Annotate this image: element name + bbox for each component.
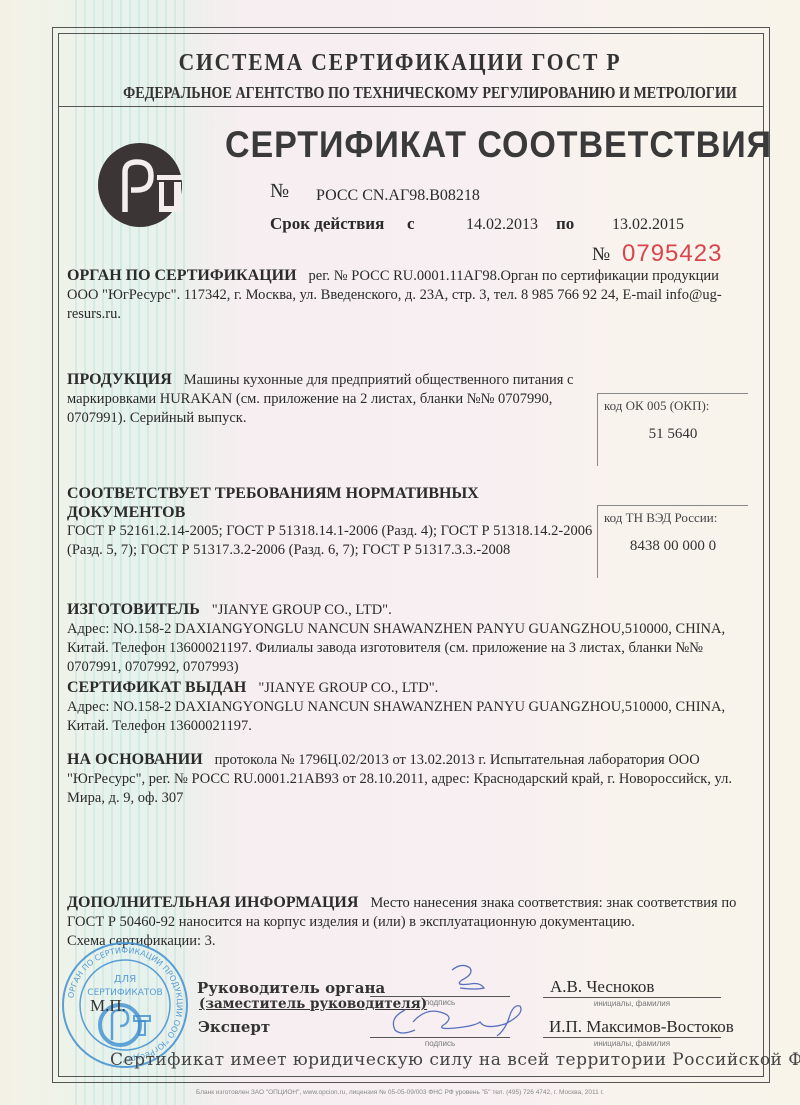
compliance-text: ГОСТ Р 52161.2.14-2005; ГОСТ Р 51318.14.… — [67, 522, 597, 560]
compliance-heading: СООТВЕТСТВУЕТ ТРЕБОВАНИЯМ НОРМАТИВНЫХ ДО… — [67, 484, 585, 522]
issued-to-section: СЕРТИФИКАТ ВЫДАН"JIANYE GROUP CO., LTD".… — [67, 678, 747, 736]
okp-code-box: код ОК 005 (ОКП): 51 5640 — [597, 393, 748, 466]
certificate-number: РОСС CN.АГ98.В08218 — [316, 187, 480, 205]
basis-section: НА ОСНОВАНИИпротокола № 1796Ц.02/2013 от… — [67, 750, 747, 808]
header-divider — [58, 106, 764, 107]
validity-from-label: с — [407, 214, 415, 234]
expert-signature — [385, 1000, 535, 1040]
tnved-code-value: 8438 00 000 0 — [598, 538, 748, 555]
expert-name-caption: инициалы, фамилия — [543, 1039, 721, 1048]
compliance-section: СООТВЕТСТВУЕТ ТРЕБОВАНИЯМ НОРМАТИВНЫХ ДО… — [67, 484, 597, 560]
head-name-caption: инициалы, фамилия — [543, 999, 721, 1008]
number-label: № — [270, 180, 289, 203]
valid-to-date: 13.02.2015 — [612, 216, 684, 234]
issued-to-heading: СЕРТИФИКАТ ВЫДАН — [67, 679, 246, 696]
rst-logo-icon — [95, 140, 185, 230]
validity-label: Срок действия — [270, 214, 384, 234]
certification-body-heading: ОРГАН ПО СЕРТИФИКАЦИИ — [67, 267, 297, 284]
document-title: СЕРТИФИКАТ СООТВЕТСТВИЯ — [225, 124, 772, 166]
expert-label: Эксперт — [198, 1018, 270, 1036]
expert-signature-caption: подпись — [370, 1039, 510, 1048]
stamp-line1: ДЛЯ — [114, 974, 136, 985]
issued-to-name: "JIANYE GROUP CO., LTD". — [258, 680, 438, 696]
head-name-line — [543, 997, 721, 998]
seal-label: М.П. — [90, 996, 126, 1016]
issued-to-text: Адрес: NO.158-2 DAXIANGYONGLU NANCUN SHA… — [67, 698, 747, 736]
certification-body-section: ОРГАН ПО СЕРТИФИКАЦИИрег. № РОСС RU.0001… — [67, 266, 747, 324]
valid-from-date: 14.02.2013 — [466, 216, 538, 234]
product-section: ПРОДУКЦИЯМашины кухонные для предприятий… — [67, 370, 587, 428]
system-title: СИСТЕМА СЕРТИФИКАЦИИ ГОСТ Р — [40, 50, 760, 77]
head-signature-line — [370, 996, 510, 997]
tnved-code-box: код ТН ВЭД России: 8438 00 000 0 — [597, 505, 748, 578]
head-signature — [440, 960, 500, 996]
additional-info-heading: ДОПОЛНИТЕЛЬНАЯ ИНФОРМАЦИЯ — [67, 894, 358, 911]
head-label: Руководитель органа — [197, 979, 385, 997]
printer-note: Бланк изготовлен ЗАО "ОПЦИОН", www.opcio… — [0, 1089, 800, 1096]
product-heading: ПРОДУКЦИЯ — [67, 371, 172, 388]
manufacturer-name: "JIANYE GROUP CO., LTD". — [212, 602, 392, 618]
blank-number: 0795423 — [622, 240, 722, 268]
agency-name: ФЕДЕРАЛЬНОЕ АГЕНТСТВО ПО ТЕХНИЧЕСКОМУ РЕ… — [123, 83, 700, 103]
tnved-code-label: код ТН ВЭД России: — [604, 510, 717, 526]
head-name: А.В. Чесноков — [550, 977, 654, 997]
basis-heading: НА ОСНОВАНИИ — [67, 751, 203, 768]
okp-code-value: 51 5640 — [598, 426, 748, 443]
blank-number-label: № — [592, 244, 610, 266]
manufacturer-section: ИЗГОТОВИТЕЛЬ"JIANYE GROUP CO., LTD". Адр… — [67, 600, 747, 677]
manufacturer-text: Адрес: NO.158-2 DAXIANGYONGLU NANCUN SHA… — [67, 620, 747, 677]
manufacturer-heading: ИЗГОТОВИТЕЛЬ — [67, 601, 200, 618]
legal-validity-note: Сертификат имеет юридическую силу на все… — [110, 1050, 800, 1070]
okp-code-label: код ОК 005 (ОКП): — [604, 398, 709, 414]
expert-name: И.П. Максимов-Востоков — [549, 1017, 734, 1037]
validity-to-label: по — [556, 214, 574, 234]
expert-name-line — [543, 1037, 721, 1038]
